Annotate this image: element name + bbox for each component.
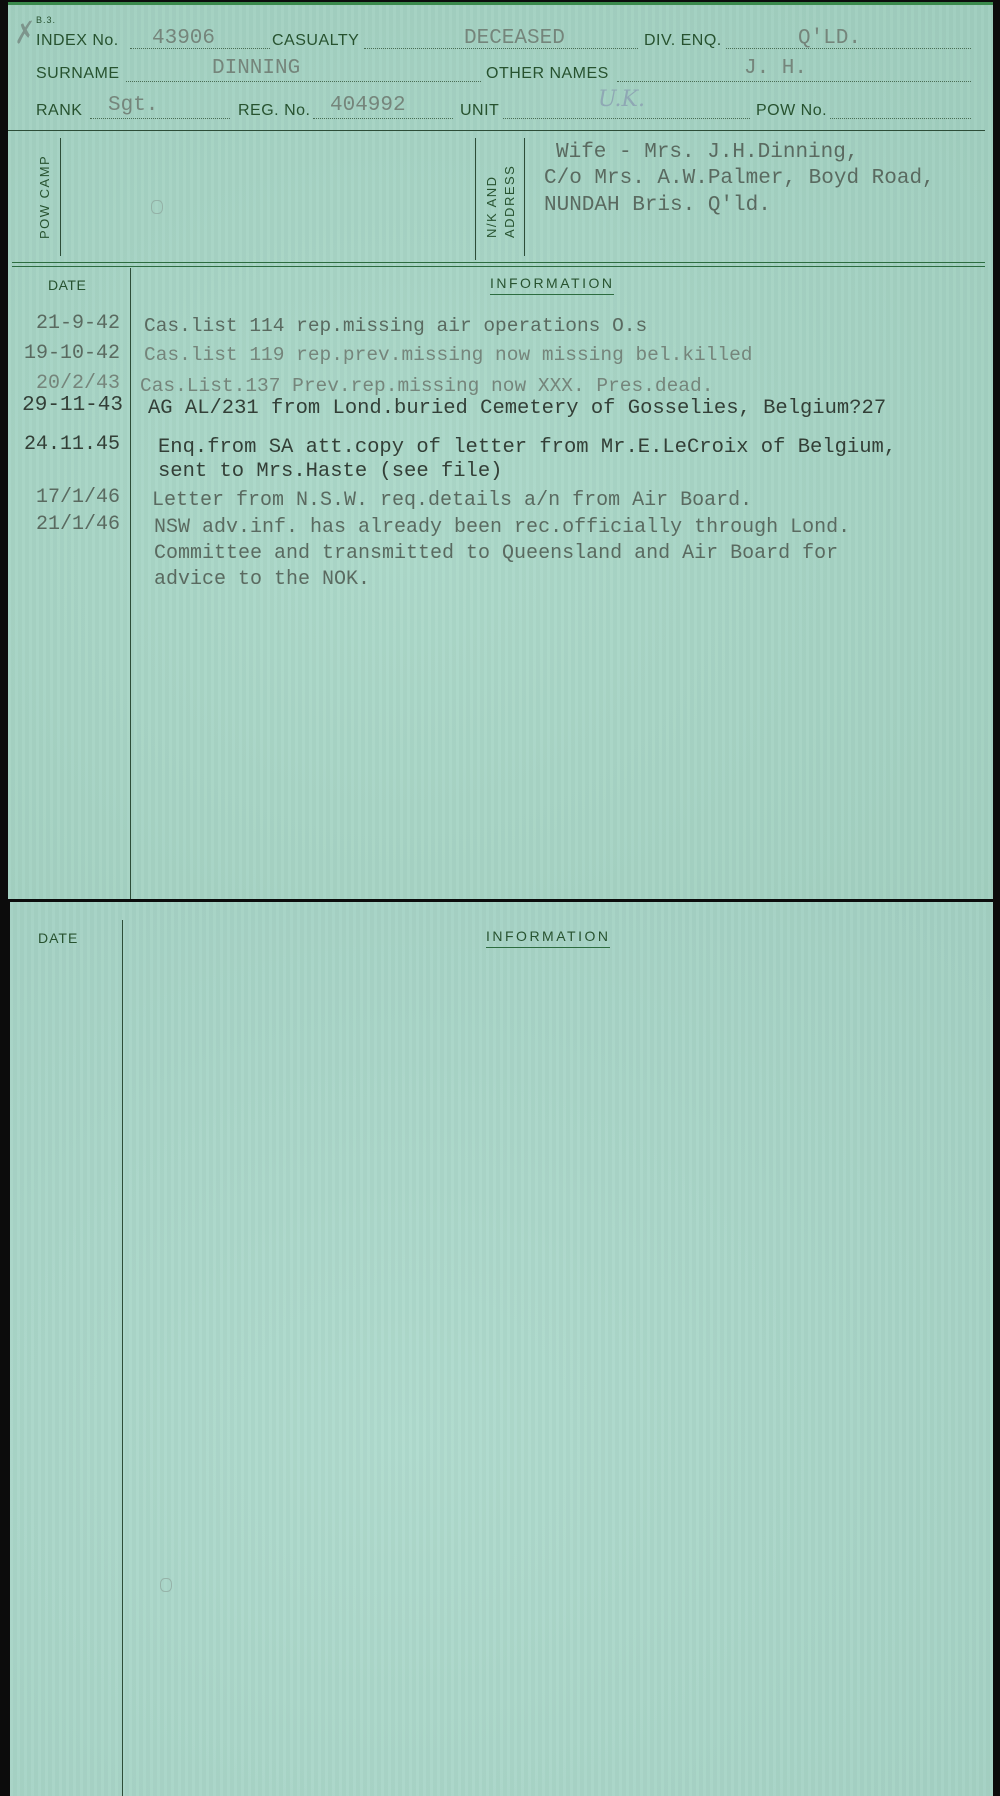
nk-address-line: NUNDAH Bris. Q'ld. xyxy=(544,194,771,217)
entry-text: AG AL/231 from Lond.buried Cemetery of G… xyxy=(148,397,886,420)
entry-date: 29-11-43 xyxy=(22,394,123,417)
nk-label-line2: ADDRESS xyxy=(501,165,518,238)
entry-date: 17/1/46 xyxy=(36,486,120,509)
entry-text: advice to the NOK. xyxy=(154,568,370,591)
div-enq-label: DIV. ENQ. xyxy=(644,32,722,50)
entry-date: 24.11.45 xyxy=(24,433,120,456)
nk-address-line: Wife - Mrs. J.H.Dinning, xyxy=(556,141,858,164)
pow-no-dotted-line xyxy=(830,118,971,119)
surname-label: SURNAME xyxy=(36,65,120,83)
entry-text: Letter from N.S.W. req.details a/n from … xyxy=(152,489,752,512)
date-column-header: DATE xyxy=(48,277,86,293)
date-column-divider xyxy=(130,268,131,899)
unit-label: UNIT xyxy=(460,102,499,120)
index-no-value: 43906 xyxy=(152,27,215,50)
pow-camp-label: POW CAMP xyxy=(36,155,53,239)
index-no-label: INDEX No. xyxy=(36,32,119,50)
entry-text: Cas.list 119 rep.prev.missing now missin… xyxy=(144,344,753,366)
casualty-value: DECEASED xyxy=(464,27,565,50)
pencil-check-mark: ✗ xyxy=(8,17,37,52)
form-code: B.3. xyxy=(36,15,56,25)
casualty-label: CASUALTY xyxy=(272,32,359,50)
surname-value: DINNING xyxy=(212,57,300,80)
div-enq-value: Q'LD. xyxy=(798,27,861,50)
unit-value: U.K. xyxy=(598,87,645,112)
rank-label: RANK xyxy=(36,102,82,120)
entry-text: NSW adv.inf. has already been rec.offici… xyxy=(154,516,850,539)
other-names-dotted-line xyxy=(617,81,971,82)
back-date-column-divider xyxy=(122,920,123,1796)
nk-left-divider xyxy=(475,138,476,260)
information-column-header: INFORMATION xyxy=(490,275,614,295)
nk-address-line: C/o Mrs. A.W.Palmer, Boyd Road, xyxy=(544,167,935,190)
entry-text: Cas.list 114 rep.missing air operations … xyxy=(144,315,647,337)
surname-dotted-line xyxy=(126,81,481,82)
section-double-rule xyxy=(12,262,985,267)
back-date-column-header: DATE xyxy=(38,930,78,946)
entry-date: 20/2/43 xyxy=(36,372,120,395)
reg-no-label: REG. No. xyxy=(238,102,310,120)
nk-label-line1: N/K AND xyxy=(483,175,500,238)
pow-camp-divider xyxy=(60,138,61,256)
paper-blemish xyxy=(160,1578,172,1592)
pow-no-label: POW No. xyxy=(756,102,827,120)
entry-date: 19-10-42 xyxy=(24,342,120,365)
reg-no-dotted-line xyxy=(313,118,453,119)
other-names-label: OTHER NAMES xyxy=(486,65,609,83)
rank-value: Sgt. xyxy=(108,94,158,117)
entry-text: Cas.List.137 Prev.rep.missing now XXX. P… xyxy=(140,375,713,397)
back-information-column-header: INFORMATION xyxy=(486,928,610,948)
entry-date: 21-9-42 xyxy=(36,312,120,335)
entry-text: sent to Mrs.Haste (see file) xyxy=(158,460,502,483)
reg-no-value: 404992 xyxy=(330,94,406,117)
unit-dotted-line xyxy=(503,118,750,119)
paper-blemish xyxy=(151,200,163,214)
other-names-value: J. H. xyxy=(744,57,807,80)
header-divider xyxy=(8,130,985,131)
rank-dotted-line xyxy=(90,118,230,119)
entry-date: 21/1/46 xyxy=(36,513,120,536)
index-card-back: DATE INFORMATION xyxy=(10,902,993,1796)
entry-text: Committee and transmitted to Queensland … xyxy=(154,542,838,565)
index-card-front: ✗ B.3. INDEX No. 43906 CASUALTY DECEASED… xyxy=(8,2,993,899)
nk-right-divider xyxy=(524,138,525,256)
entry-text: Enq.from SA att.copy of letter from Mr.E… xyxy=(158,436,896,459)
